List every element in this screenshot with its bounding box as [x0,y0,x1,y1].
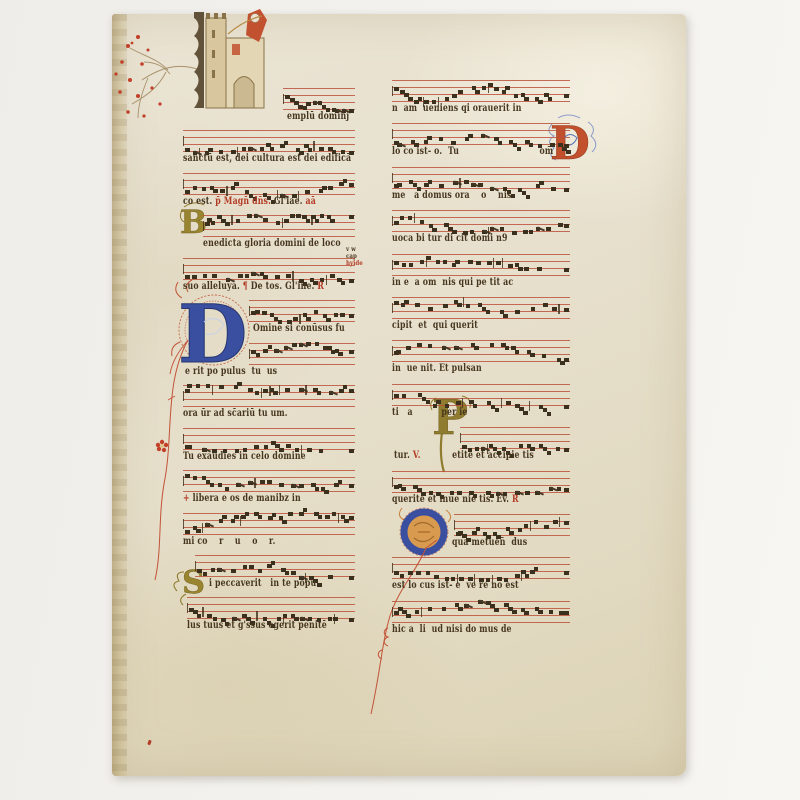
neume-note [428,180,433,184]
neume-note [564,571,569,575]
neume-note [508,264,513,268]
neume-note [553,520,558,524]
neume-note [511,194,516,198]
chant-text-line: in e a om nis qui pe tit ac [392,277,513,288]
neume-stroke [460,433,461,443]
neume-stroke [392,477,393,487]
neume-note [539,181,544,185]
chant-text: tur. [394,450,413,461]
neume-note [439,137,444,141]
neume-note [566,150,571,154]
neume-note [547,412,552,416]
neume-note [436,400,441,404]
neume-note [432,228,437,232]
neume-note [557,487,562,491]
neume-note [560,361,565,365]
neume-note [537,267,542,271]
neume-note [458,90,463,94]
neume-note [509,531,514,535]
chant-text: cipit et qui querit [392,320,478,331]
neume-note [394,571,399,575]
music-staff [392,123,570,145]
music-staff [392,601,570,623]
neume-note [564,488,569,492]
neume-note [538,610,543,614]
neume-note [503,314,508,318]
neume-note [420,220,425,224]
neume-note [427,136,432,140]
neume-stroke [529,401,530,411]
neume-note [426,400,431,404]
neume-note [544,525,549,529]
neume-stroke [392,390,393,400]
neume-note [512,231,517,235]
neume-note [408,97,413,101]
neume-note [394,301,399,305]
neume-note [564,405,569,409]
music-staff [392,340,570,362]
neume-stroke [463,297,464,307]
neume-note [396,350,401,354]
chant-text-line: cipit et qui querit [392,320,478,331]
neume-stroke [392,173,393,183]
chant-text: in e a om nis qui pe tit ac [392,277,513,288]
neume-stroke [392,216,393,226]
neume-note [400,574,405,578]
neume-note [434,575,439,579]
neume-note [523,411,528,415]
neume-note [564,268,569,272]
neume-note [474,346,479,350]
neume-note [525,574,530,578]
neume-note [490,343,495,347]
chant-text: querite et inue nie tis. Ev. [392,494,512,505]
music-staff [392,210,570,232]
neume-note [531,307,536,311]
chant-text-line: uoca bi tur di cit domi n9 [392,233,508,244]
neume-note [420,260,425,264]
neume-note [424,183,429,187]
neume-note [564,358,569,362]
neume-note [452,94,457,98]
chant-text-line: tur. V. etite et accipie tis [394,450,534,461]
neume-note [456,401,461,405]
neume-note [515,574,520,578]
neume-stroke [414,213,415,223]
neume-note [525,491,530,495]
neume-note [530,570,535,574]
neume-note [564,521,569,525]
music-staff [392,384,570,406]
neume-note [468,260,473,264]
neume-note [529,230,534,234]
neume-stroke [454,520,455,530]
neume-note [502,90,507,94]
music-staff [392,557,570,579]
neume-note [494,608,499,612]
neume-note [551,187,556,191]
neume-note [428,607,433,611]
rubric-text: V. [413,450,424,461]
neume-note [524,611,529,615]
music-staff [392,254,570,276]
neume-note [404,300,409,304]
neume-stroke [559,517,560,527]
manuscript-leaf: B D S D P [112,14,686,776]
neume-note [402,394,407,398]
neume-note [494,87,499,91]
neume-note [476,261,481,265]
chant-text: in ue nit. Et pulsan [392,363,482,374]
chant-text: hic a li ud nisi do mus de [392,624,512,635]
neume-note [408,216,413,220]
music-staff [392,471,570,493]
neume-stroke [392,260,393,270]
neume-note [428,307,433,311]
neume-note [519,444,524,448]
chant-text-line: est lo cus ist- e ve re no est [392,580,519,591]
neume-note [402,263,407,267]
neume-note [542,354,547,358]
neume-stroke [558,304,559,314]
neume-note [452,263,457,267]
chant-text: etite et accipie tis [423,450,534,461]
neume-note [406,346,411,350]
neume-note [564,144,569,148]
neume-note [548,97,553,101]
neume-note [523,230,528,234]
neume-note [556,447,561,451]
neume-stroke [392,346,393,356]
neume-note [409,263,414,267]
neume-note [466,304,471,308]
neume-stroke [392,86,393,96]
neume-note [443,304,448,308]
neume-note [406,614,411,618]
neume-note [473,404,478,408]
chant-text-line: hic a li ud nisi do mus de [392,624,512,635]
chant-text: ti a per ie [392,407,468,418]
neume-note [464,180,469,184]
neume-stroke [392,607,393,617]
neume-note [505,346,510,350]
neume-note [564,611,569,615]
neume-note [439,184,444,188]
chant-text: n am ueniens qi orauerit in [392,103,522,114]
neume-note [415,610,420,614]
neume-note [564,94,569,98]
neume-note [482,86,487,90]
chant-text-line: n am ueniens qi orauerit in [392,103,522,114]
neume-note [415,303,420,307]
neume-note [518,267,523,271]
neume-stroke [392,129,393,139]
neume-stroke [392,303,393,313]
neume-note [546,227,551,231]
music-staff [392,297,570,319]
chant-text: uoca bi tur di cit domi n9 [392,233,508,244]
photo-background: { "palette":{ "photo_bg":"#f3f1ed","parc… [0,0,800,800]
chant-text-line: lo co ist- o. Tu om̄ [392,146,553,157]
chant-text-line: in ue nit. Et pulsan [392,363,482,374]
neume-note [472,531,477,535]
neume-note [486,310,491,314]
neume-note [524,97,529,101]
neume-note [436,260,441,264]
neume-stroke [501,398,502,408]
neume-note [552,307,557,311]
neume-note [536,184,541,188]
neume-note [549,610,554,614]
music-staff [392,167,570,189]
chant-text-line: ti a per ie [392,407,468,418]
neume-note [564,308,569,312]
music-staff [392,80,570,102]
neume-stroke [392,563,393,573]
chant-text: lo co ist- o. Tu om̄ [392,146,553,157]
neume-note [426,571,431,575]
neume-note [518,528,523,532]
neume-note [547,451,552,455]
neume-note [524,267,529,271]
music-staff [460,427,570,449]
neume-note [512,610,517,614]
neume-note [394,611,399,615]
neume-note [564,224,569,228]
neume-note [534,567,539,571]
neume-note [443,260,448,264]
music-staff [454,514,570,536]
neume-note [543,303,548,307]
chant-text: quā metuen̄ dus [452,537,527,548]
neume-note [465,137,470,141]
neume-note [462,445,467,449]
neume-note [442,607,447,611]
neume-note [534,520,539,524]
neume-note [394,87,399,91]
neume-note [498,141,503,145]
neume-note [416,571,421,575]
neume-note [476,527,481,531]
chant-text-line: querite et inue nie tis. Ev. R [392,494,519,505]
neume-stroke [421,607,422,617]
neume-note [458,607,463,611]
neume-note [400,216,405,220]
music-column-right: n am ueniens qi orauerit inlo co ist- o.… [112,14,686,776]
neume-note [495,408,500,412]
neume-note [515,350,520,354]
neume-note [558,223,563,227]
neume-note [488,83,493,87]
neume-stroke [493,258,494,268]
neume-note [564,448,569,452]
neume-note [401,487,406,491]
neume-note [478,183,483,187]
rubric-text: R [512,494,519,505]
neume-note [394,394,399,398]
neume-note [426,256,431,260]
neume-note [538,100,543,104]
neume-note [401,303,406,307]
neume-note [526,195,531,199]
neume-note [564,188,569,192]
neume-note [418,97,423,101]
neume-note [506,401,511,405]
neume-note [451,141,456,145]
neume-note [397,183,402,187]
neume-stroke [459,178,460,188]
neume-note [394,221,399,225]
neume-note [417,343,422,347]
neume-note [514,94,519,98]
neume-note [455,260,460,264]
neume-stroke [530,521,531,531]
neume-note [505,86,510,90]
chant-text-line: me a domus ora o nis [392,190,512,201]
neume-note [468,134,473,138]
neume-stroke [502,258,503,268]
neume-note [457,303,462,307]
neume-note [394,261,399,265]
neume-note [530,353,535,357]
chant-text: me a domus ora o nis [392,190,512,201]
chant-text: est lo cus ist- e ve re no est [392,580,519,591]
neume-note [496,261,501,265]
neume-note [428,344,433,348]
neume-note [515,310,520,314]
neume-note [487,261,492,265]
neume-note [445,97,450,101]
chant-text-line: quā metuen̄ dus [452,537,527,548]
neume-note [500,227,505,231]
neume-note [475,90,480,94]
neume-note [408,571,413,575]
neume-note [424,140,429,144]
neume-note [524,524,529,528]
